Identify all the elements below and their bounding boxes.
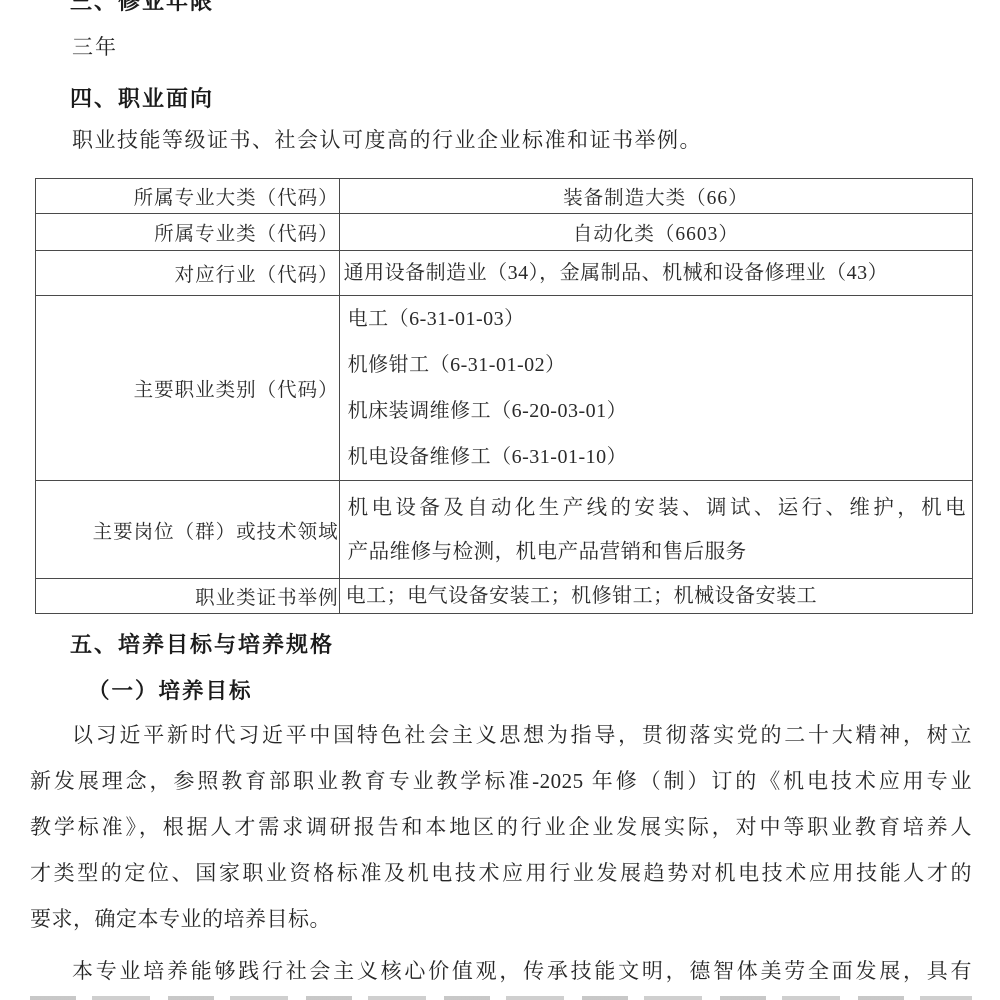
cropped-next-line	[30, 996, 972, 1000]
value-line: 产品维修与检测，机电产品营销和售后服务	[340, 530, 972, 574]
row-label: 所属专业大类（代码）	[36, 179, 340, 214]
row-value: 装备制造大类（66）	[339, 179, 972, 214]
training-objective-paragraph: 以习近平新时代习近平中国特色社会主义思想为指导，贯彻落实党的二十大精神，树立 新…	[30, 712, 972, 942]
row-label: 主要岗位（群）或技术领域	[36, 481, 340, 579]
paragraph-line: 才类型的定位、国家职业资格标准及机电技术应用行业发展趋势对机电技术应用技能人才的	[30, 850, 972, 896]
career-orientation-table: 所属专业大类（代码） 装备制造大类（66） 所属专业类（代码） 自动化类（660…	[35, 178, 973, 614]
row-label: 所属专业类（代码）	[36, 214, 340, 251]
section3-heading: 三、修业年限	[70, 0, 972, 16]
table-row: 对应行业（代码） 通用设备制造业（34），金属制品、机械和设备修理业（43）	[36, 251, 973, 296]
row-value: 自动化类（6603）	[339, 214, 972, 251]
section4-heading: 四、职业面向	[70, 84, 972, 114]
paragraph-line: 本专业培养能够践行社会主义核心价值观，传承技能文明，德智体美劳全面发展，具有	[30, 948, 972, 994]
value-line: 机床装调维修工（6-20-03-01）	[340, 388, 972, 434]
training-objective-subheading: （一）培养目标	[88, 676, 972, 706]
table-row: 主要岗位（群）或技术领域 机电设备及自动化生产线的安装、调试、运行、维护，机电 …	[36, 481, 973, 579]
row-label: 职业类证书举例	[36, 579, 340, 614]
row-label: 主要职业类别（代码）	[36, 296, 340, 481]
table-row: 所属专业类（代码） 自动化类（6603）	[36, 214, 973, 251]
paragraph-line: 以习近平新时代习近平中国特色社会主义思想为指导，贯彻落实党的二十大精神，树立	[30, 712, 972, 758]
value-line: 机电设备维修工（6-31-01-10）	[340, 434, 972, 480]
paragraph-line: 新发展理念，参照教育部职业教育专业教学标准-2025 年修（制）订的《机电技术应…	[30, 758, 972, 804]
value-line: 机修钳工（6-31-01-02）	[340, 342, 972, 388]
section3-heading-cropped: 三、修业年限	[30, 0, 972, 16]
training-description-paragraph: 本专业培养能够践行社会主义核心价值观，传承技能文明，德智体美劳全面发展，具有	[30, 948, 972, 994]
table-row: 主要职业类别（代码） 电工（6-31-01-03） 机修钳工（6-31-01-0…	[36, 296, 973, 481]
value-line: 通用设备制造业（34），金属制品、机械和设备修理业（43）	[340, 252, 972, 295]
row-value: 电工（6-31-01-03） 机修钳工（6-31-01-02） 机床装调维修工（…	[339, 296, 972, 481]
paragraph-line: 教学标准》，根据人才需求调研报告和本地区的行业企业发展实际，对中等职业教育培养人	[30, 804, 972, 850]
section5-heading: 五、培养目标与培养规格	[70, 630, 972, 660]
row-label: 对应行业（代码）	[36, 251, 340, 296]
table-row: 所属专业大类（代码） 装备制造大类（66）	[36, 179, 973, 214]
paragraph-line: 要求，确定本专业的培养目标。	[30, 896, 972, 942]
certificate-intro-line: 职业技能等级证书、社会认可度高的行业企业标准和证书举例。	[30, 126, 972, 154]
row-value: 通用设备制造业（34），金属制品、机械和设备修理业（43）	[339, 251, 972, 296]
value-line: 机电设备及自动化生产线的安装、调试、运行、维护，机电	[340, 486, 972, 530]
value-line: 电工（6-31-01-03）	[340, 296, 972, 342]
duration-text: 三年	[72, 32, 972, 62]
value-line: 电工；电气设备安装工；机修钳工；机械设备安装工	[340, 579, 972, 613]
row-value: 机电设备及自动化生产线的安装、调试、运行、维护，机电 产品维修与检测，机电产品营…	[339, 481, 972, 579]
table-row: 职业类证书举例 电工；电气设备安装工；机修钳工；机械设备安装工	[36, 579, 973, 614]
document-page: 三、修业年限 三年 四、职业面向 职业技能等级证书、社会认可度高的行业企业标准和…	[0, 0, 1000, 1000]
row-value: 电工；电气设备安装工；机修钳工；机械设备安装工	[339, 579, 972, 614]
